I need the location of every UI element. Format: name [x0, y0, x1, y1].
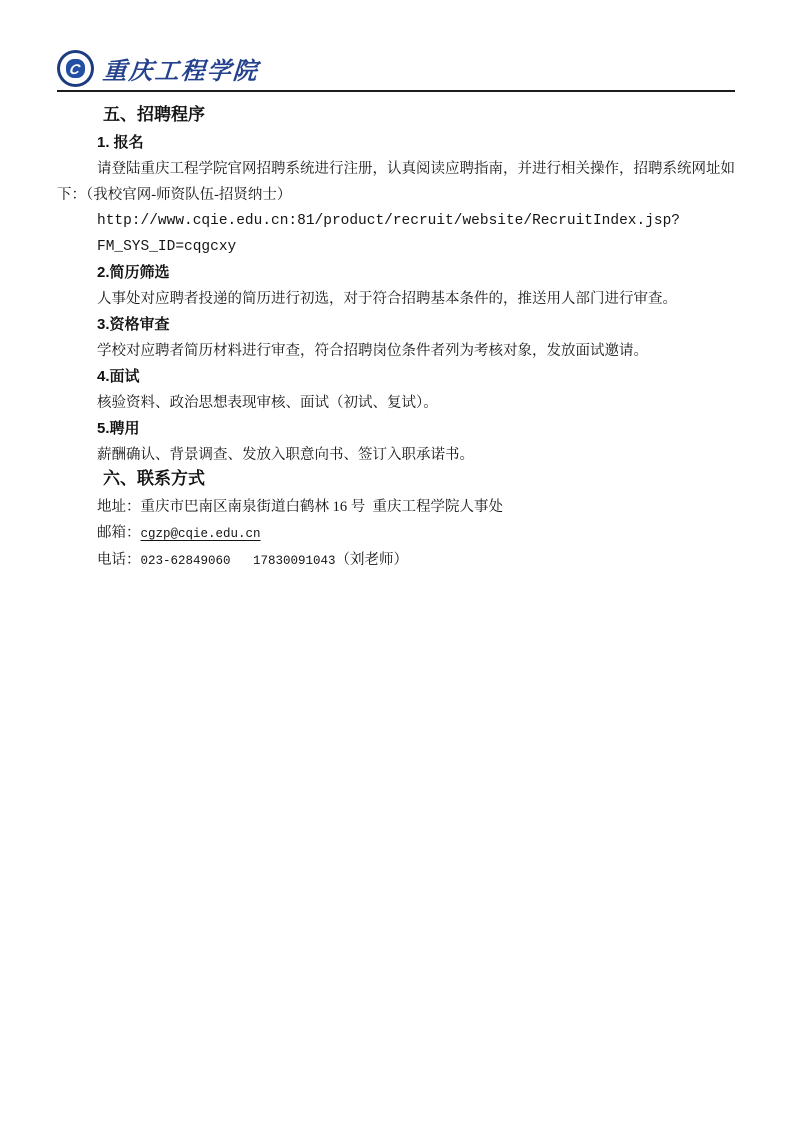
recruit-system-url: http://www.cqie.edu.cn:81/product/recrui… [57, 208, 735, 260]
page-header: C 重庆工程学院 [57, 0, 735, 92]
address-label: 地址： [97, 499, 141, 515]
step4-paragraph: 核验资料、政治思想表现审核、面试（初试、复试）。 [57, 390, 735, 416]
section-title-contact: 六、联系方式 [57, 464, 735, 494]
school-logo-letter: C [69, 62, 82, 76]
contact-email-line: 邮箱：cgzp@cqie.edu.cn [57, 520, 735, 547]
email-label: 邮箱： [97, 525, 141, 541]
section-title-recruit-procedure: 五、招聘程序 [57, 100, 735, 130]
phone-numbers: 023-62849060 17830091043 [141, 554, 336, 568]
step1-paragraph-line2: 下：（我校官网-师资队伍-招贤纳士） [57, 182, 735, 208]
phone-label: 电话： [97, 552, 141, 568]
document-body: 五、招聘程序 1. 报名 请登陆重庆工程学院官网招聘系统进行注册，认真阅读应聘指… [57, 92, 735, 574]
contact-address-line: 地址：重庆市巴南区南泉街道白鹤林 16 号 重庆工程学院人事处 [57, 494, 735, 520]
step5-heading: 5.聘用 [57, 416, 735, 442]
contact-phone-line: 电话：023-62849060 17830091043（刘老师） [57, 547, 735, 574]
school-name: 重庆工程学院 [102, 51, 260, 86]
phone-note: （刘老师） [336, 552, 409, 568]
email-link[interactable]: cgzp@cqie.edu.cn [141, 527, 261, 541]
step4-heading: 4.面试 [57, 364, 735, 390]
school-logo-icon: C [57, 50, 94, 87]
document-page: C 重庆工程学院 五、招聘程序 1. 报名 请登陆重庆工程学院官网招聘系统进行注… [0, 0, 793, 1122]
step2-paragraph: 人事处对应聘者投递的简历进行初选，对于符合招聘基本条件的，推送用人部门进行审查。 [57, 286, 735, 312]
step1-paragraph-line1: 请登陆重庆工程学院官网招聘系统进行注册，认真阅读应聘指南，并进行相关操作，招聘系… [57, 156, 735, 182]
step3-heading: 3.资格审查 [57, 312, 735, 338]
step3-paragraph: 学校对应聘者简历材料进行审查，符合招聘岗位条件者列为考核对象，发放面试邀请。 [57, 338, 735, 364]
school-logo-core: C [66, 59, 85, 78]
step2-heading: 2.简历筛选 [57, 260, 735, 286]
address-value: 重庆市巴南区南泉街道白鹤林 16 号 重庆工程学院人事处 [141, 499, 504, 515]
step1-heading: 1. 报名 [57, 130, 735, 156]
